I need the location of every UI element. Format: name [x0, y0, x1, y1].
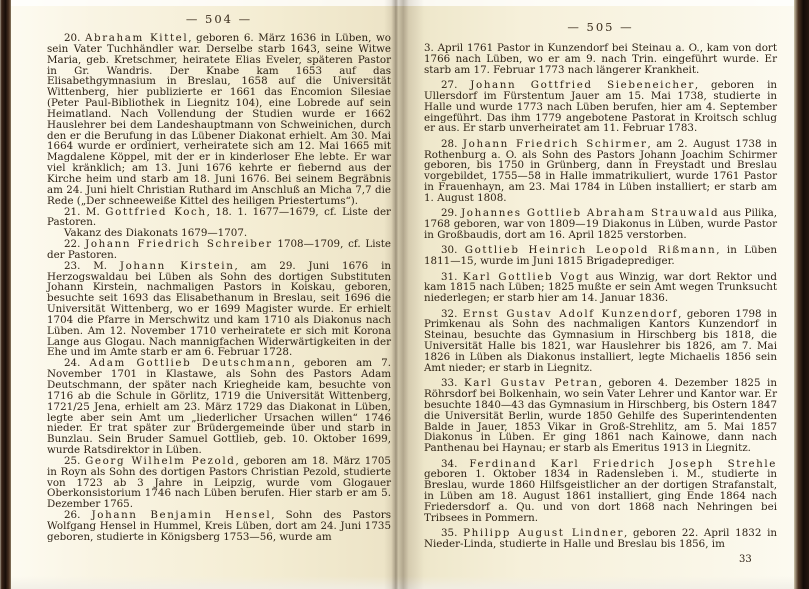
entry-33: 33. Karl Gustav Petran, geboren 4. Dezem… [424, 378, 777, 454]
entry-name: Gottfried Koch [105, 206, 206, 218]
entry-35: 35. Philipp August Lindner, geboren 22. … [424, 528, 777, 550]
book-edge-right [794, 0, 809, 589]
signature-mark: 33 [739, 554, 752, 565]
page-number-504: — 504 — [47, 12, 391, 26]
entry-32: 32. Ernst Gustav Adolf Kunzendorf, gebor… [424, 309, 777, 374]
entry-text: , geboren 4. Dezember 1825 in Röhrsdorf … [424, 377, 777, 454]
entry-20: 20. Abraham Kittel, geboren 6. März 1636… [47, 33, 391, 207]
entry-text: , geboren 1798 in Primkenau als Sohn des… [424, 308, 777, 374]
page-number-505: — 505 — [424, 20, 777, 34]
entry-24: 24. Adam Gottlieb Deutschmann, geboren a… [47, 358, 391, 456]
entry-31: 31. Karl Gottlieb Vogt aus Winzig, war d… [424, 272, 777, 305]
entry-23: 23. M. Johann Kirstein, am 29. Juni 1676… [47, 261, 391, 359]
entry-22: 22. Johann Friedrich Schreiber 1708—1709… [47, 239, 391, 261]
entry-21: 21. M. Gottfried Koch, 18. 1. 1677—1679,… [47, 207, 391, 229]
entry-text: , geboren 6. März 1636 in Lüben, wo sein… [47, 32, 391, 207]
entry-text: geboren 1. Oktober 1834 in Radensleben i… [424, 468, 777, 523]
book-edge-left [0, 0, 11, 589]
entry-27: 27. Johann Gottfried Siebeneicher, gebor… [424, 80, 777, 134]
entry-text: , am 2. August 1738 in Rothenburg a. O. … [424, 138, 777, 204]
entry-text: , geboren am 7. November 1701 in Klastaw… [47, 357, 391, 456]
book-scan: — 504 — — 505 — 20. Abraham Kittel, gebo… [0, 0, 809, 589]
entry-28: 28. Johann Friedrich Schirmer, am 2. Aug… [424, 139, 777, 204]
entry-29: 29. Johannes Gottlieb Abraham Strauwald … [424, 208, 777, 241]
entry-text: 3. April 1761 Pastor in Kunzendorf bei S… [424, 42, 777, 76]
entry-25: 25. Georg Wilhelm Pezold, geboren am 18.… [47, 456, 391, 510]
page-505-text-column: 3. April 1761 Pastor in Kunzendorf bei S… [424, 43, 777, 550]
entry-30: 30. Gottlieb Heinrich Leopold Rißmann, i… [424, 245, 777, 267]
entry-text: , am 29. Juni 1676 in Herzogswaldau bei … [47, 260, 391, 359]
entry-26-continuation: 3. April 1761 Pastor in Kunzendorf bei S… [424, 43, 777, 76]
page-504-text-column: 20. Abraham Kittel, geboren 6. März 1636… [47, 33, 391, 543]
entry-26: 26. Johann Benjamin Hensel, Sohn des Pas… [47, 510, 391, 543]
entry-34: 34. Ferdinand Karl Friedrich Joseph Stre… [424, 459, 777, 524]
